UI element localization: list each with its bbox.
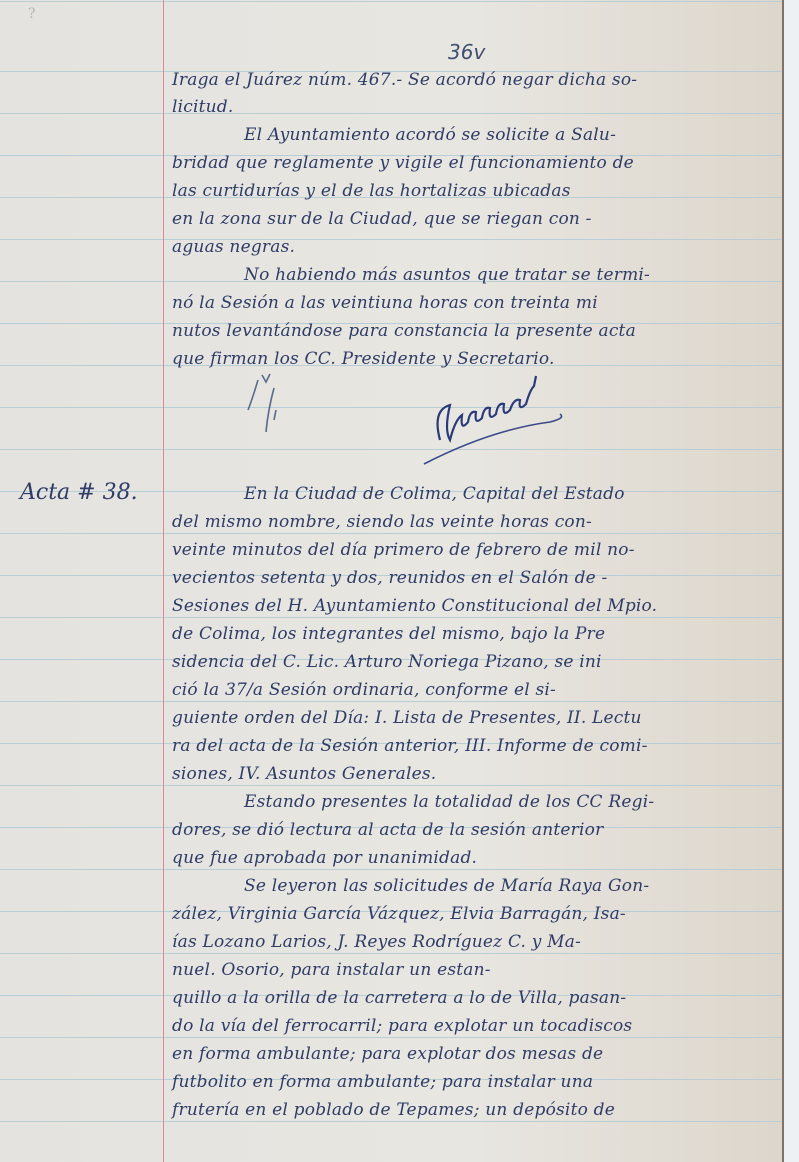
text-line: do la vía del ferrocarril; para explotar… bbox=[172, 1016, 772, 1036]
text-line: ra del acta de la Sesión anterior, III. … bbox=[172, 736, 772, 756]
page-number: 36v bbox=[448, 40, 485, 64]
text-line: futbolito en forma ambulante; para insta… bbox=[172, 1072, 772, 1092]
text-line: en forma ambulante; para explotar dos me… bbox=[172, 1044, 772, 1064]
text-line: siones, IV. Asuntos Generales. bbox=[172, 764, 772, 784]
adjacent-page-edge bbox=[784, 0, 799, 1162]
text-line: El Ayuntamiento acordó se solicite a Sal… bbox=[172, 125, 799, 145]
text-line: bridad que reglamente y vigile el funcio… bbox=[172, 153, 772, 173]
act-label: Acta # 38. bbox=[20, 480, 138, 505]
text-line: guiente orden del Día: I. Lista de Prese… bbox=[172, 708, 772, 728]
text-line: No habiendo más asuntos que tratar se te… bbox=[172, 265, 799, 285]
text-line: nuel. Osorio, para instalar un estan- bbox=[172, 960, 772, 980]
signature-right bbox=[410, 360, 580, 470]
text-line: dores, se dió lectura al acta de la sesi… bbox=[172, 820, 772, 840]
text-line: zález, Virginia García Vázquez, Elvia Ba… bbox=[172, 904, 772, 924]
text-line: las curtidurías y el de las hortalizas u… bbox=[172, 181, 772, 201]
text-line: Iraga el Juárez núm. 467.- Se acordó neg… bbox=[172, 70, 772, 90]
text-line: nutos levantándose para constancia la pr… bbox=[172, 321, 772, 341]
text-line: ías Lozano Larios, J. Reyes Rodríguez C.… bbox=[172, 932, 772, 952]
text-line: de Colima, los integrantes del mismo, ba… bbox=[172, 624, 772, 644]
text-line: vecientos setenta y dos, reunidos en el … bbox=[172, 568, 772, 588]
text-line: que fue aprobada por unanimidad. bbox=[172, 848, 772, 868]
text-line: En la Ciudad de Colima, Capital del Esta… bbox=[172, 484, 799, 504]
text-line: Se leyeron las solicitudes de María Raya… bbox=[172, 876, 799, 896]
text-line: sidencia del C. Lic. Arturo Noriega Piza… bbox=[172, 652, 772, 672]
corner-mark: ? bbox=[28, 6, 36, 22]
text-line: nó la Sesión a las veintiuna horas con t… bbox=[172, 293, 772, 313]
signature-left bbox=[240, 370, 300, 440]
text-line: ció la 37/a Sesión ordinaria, conforme e… bbox=[172, 680, 772, 700]
text-line: Sesiones del H. Ayuntamiento Constitucio… bbox=[172, 596, 772, 616]
margin-line bbox=[163, 0, 164, 1162]
text-line: aguas negras. bbox=[172, 237, 772, 257]
text-line: Estando presentes la totalidad de los CC… bbox=[172, 792, 799, 812]
text-line: veinte minutos del día primero de febrer… bbox=[172, 540, 772, 560]
text-line: licitud. bbox=[172, 97, 772, 117]
text-line: en la zona sur de la Ciudad, que se rieg… bbox=[172, 209, 772, 229]
text-line: frutería en el poblado de Tepames; un de… bbox=[172, 1100, 772, 1120]
text-line: del mismo nombre, siendo las veinte hora… bbox=[172, 512, 772, 532]
text-line: quillo a la orilla de la carretera a lo … bbox=[172, 988, 772, 1008]
